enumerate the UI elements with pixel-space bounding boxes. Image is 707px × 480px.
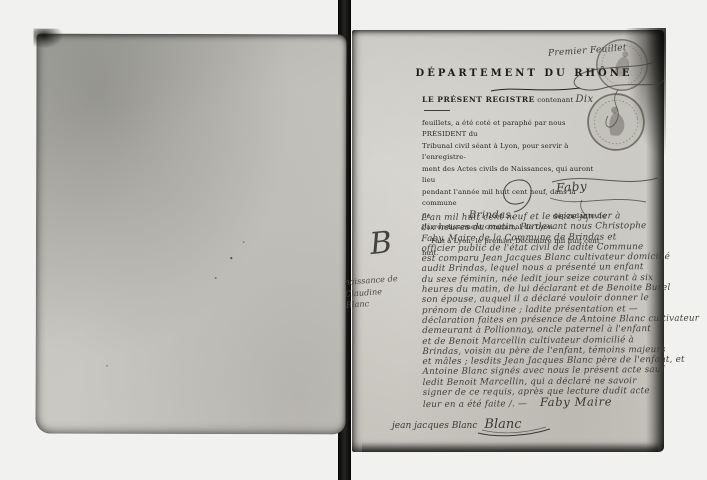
printed-line: LE PRÉSENT REGISTRE contenant Dix [422, 94, 606, 118]
manuscript-line: dix heures du matin, Pardevant nous Chri… [421, 221, 664, 233]
mayor-closing-signature: Faby Maire [540, 395, 612, 410]
fill-dash [424, 109, 450, 111]
charred-bottom-edge [362, 442, 658, 452]
left-blank-page [35, 34, 346, 435]
torn-corner-blotch [33, 29, 63, 49]
party-signatures: jean jacques Blanc Blanc [392, 417, 522, 432]
scanned-register-spread: Premier Feuillet DÉPARTEMENT DU RHÔNE LE… [0, 0, 707, 480]
printed-text: contenant [537, 96, 573, 104]
margin-act-note: naissance de Claudine Blanc [344, 271, 426, 311]
round-ink-stamp-icon [589, 32, 655, 98]
witness-signature: Blanc [484, 417, 521, 432]
manuscript-act-body: L'an mil huit cent neuf et le seize janv… [421, 211, 666, 409]
manuscript-line-text: leur en a été faite /. — [423, 399, 527, 410]
handwritten-fill-count: Dix [576, 94, 594, 105]
printed-line: feuillets, a été coté et paraphé par nou… [422, 118, 606, 141]
manuscript-line: leur en a été faite /. — Faby Maire [423, 396, 666, 408]
printed-line: Tribunal civil séant à Lyon, pour servir… [422, 141, 606, 164]
printed-lead: LE PRÉSENT REGISTRE [422, 95, 535, 104]
father-signature: jean jacques Blanc [392, 421, 477, 431]
right-register-page: Premier Feuillet DÉPARTEMENT DU RHÔNE LE… [352, 30, 664, 452]
page-title: DÉPARTEMENT DU RHÔNE [410, 68, 638, 79]
margin-initial-letter: B [368, 225, 394, 262]
signature-underline-swash-icon [476, 425, 554, 439]
president-signature: Faby [556, 179, 588, 195]
